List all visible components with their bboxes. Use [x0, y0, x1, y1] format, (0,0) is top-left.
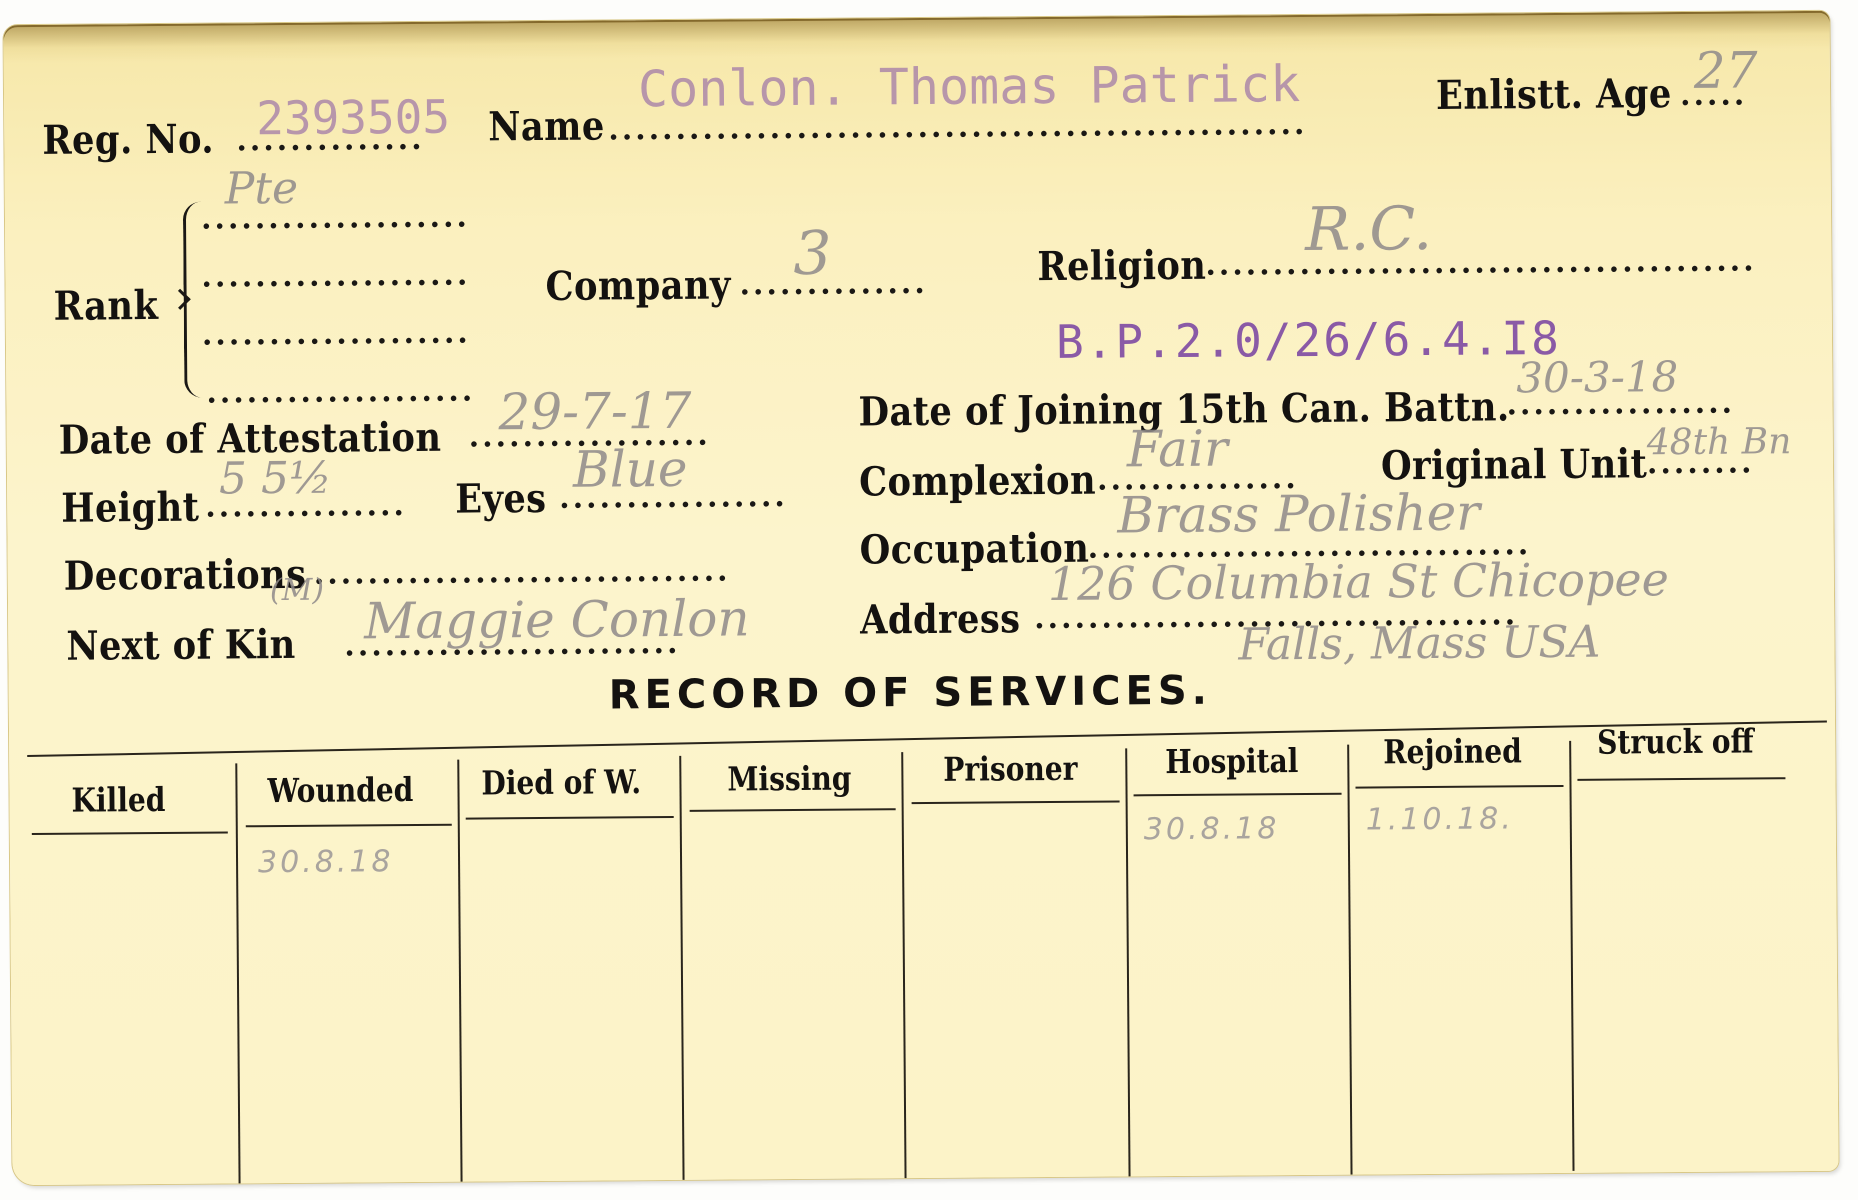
religion-dots: ........................................… [1205, 243, 1756, 282]
battalion-stamp: B.P.2.0/26/6.4.I8 [1056, 311, 1561, 369]
header-underline [1355, 785, 1563, 789]
entry-rejoined: 1.10.18. [1366, 801, 1514, 837]
header-underline [1134, 793, 1342, 797]
column-divider [457, 760, 462, 1186]
entry-hospital: 30.8.18 [1144, 811, 1280, 847]
eyes-dots: ................. [559, 479, 788, 516]
rank-line-3: .................... [202, 316, 471, 353]
header-underline [246, 824, 452, 828]
column-divider [235, 763, 240, 1185]
enlistment-age-dots: ..... [1680, 77, 1748, 113]
rank-line-1: .................... [201, 200, 470, 237]
next-of-kin-label: Next of Kin [66, 621, 296, 670]
address-line-2: Falls, Mass USA [1238, 617, 1600, 671]
column-divider [1125, 748, 1130, 1178]
address-label: Address [860, 595, 1021, 643]
column-header-wounded: Wounded [267, 770, 413, 810]
header-underline [466, 816, 674, 820]
original-unit-label: Original Unit [1381, 440, 1648, 489]
next-of-kin-dots: ......................... [344, 626, 680, 664]
reg-no-label: Reg. No. [42, 116, 214, 164]
header-underline [32, 831, 228, 835]
rank-line-4: .................... [206, 373, 475, 410]
religion-label: Religion [1037, 242, 1206, 290]
next-of-kin-relation: (M) [270, 573, 324, 608]
name-label: Name [488, 102, 605, 150]
column-header-died-of-wounds: Died of W. [481, 762, 641, 802]
height-dots: ............... [205, 488, 407, 525]
column-header-rejoined: Rejoined [1383, 731, 1522, 771]
column-header-prisoner: Prisoner [943, 749, 1077, 789]
entry-wounded: 30.8.18 [258, 844, 394, 880]
column-divider [679, 756, 684, 1185]
service-record-card: Reg. No. 2393505 .............. Name Con… [3, 11, 1838, 1185]
table-top-rule [27, 720, 1827, 757]
record-of-services-title: RECORD OF SERVICES. [609, 668, 1212, 719]
enlistment-age-label: Enlistt. Age [1436, 70, 1672, 119]
column-header-struck-off: Struck off [1597, 721, 1754, 761]
header-underline [912, 800, 1120, 804]
company-dots: .............. [739, 266, 928, 302]
reg-no-dots: .............. [236, 122, 425, 158]
rank-label: Rank [53, 282, 158, 330]
original-unit-dots: ........ [1647, 445, 1755, 481]
decorations-dots: ............................... [314, 553, 731, 591]
complexion-label: Complexion [859, 457, 1096, 506]
name-dots: ........................................… [608, 107, 1307, 147]
header-underline [690, 808, 896, 812]
column-divider [1569, 741, 1574, 1171]
column-header-missing: Missing [727, 759, 851, 799]
rank-line-2: .................... [201, 258, 470, 295]
joining-dots: ................. [1506, 386, 1735, 423]
height-label: Height [61, 484, 199, 532]
column-header-hospital: Hospital [1165, 741, 1298, 781]
column-divider [901, 752, 906, 1182]
column-header-killed: Killed [71, 780, 165, 820]
header-underline [1577, 777, 1785, 781]
column-divider [1347, 745, 1352, 1175]
eyes-label: Eyes [455, 475, 547, 523]
company-label: Company [545, 261, 731, 309]
